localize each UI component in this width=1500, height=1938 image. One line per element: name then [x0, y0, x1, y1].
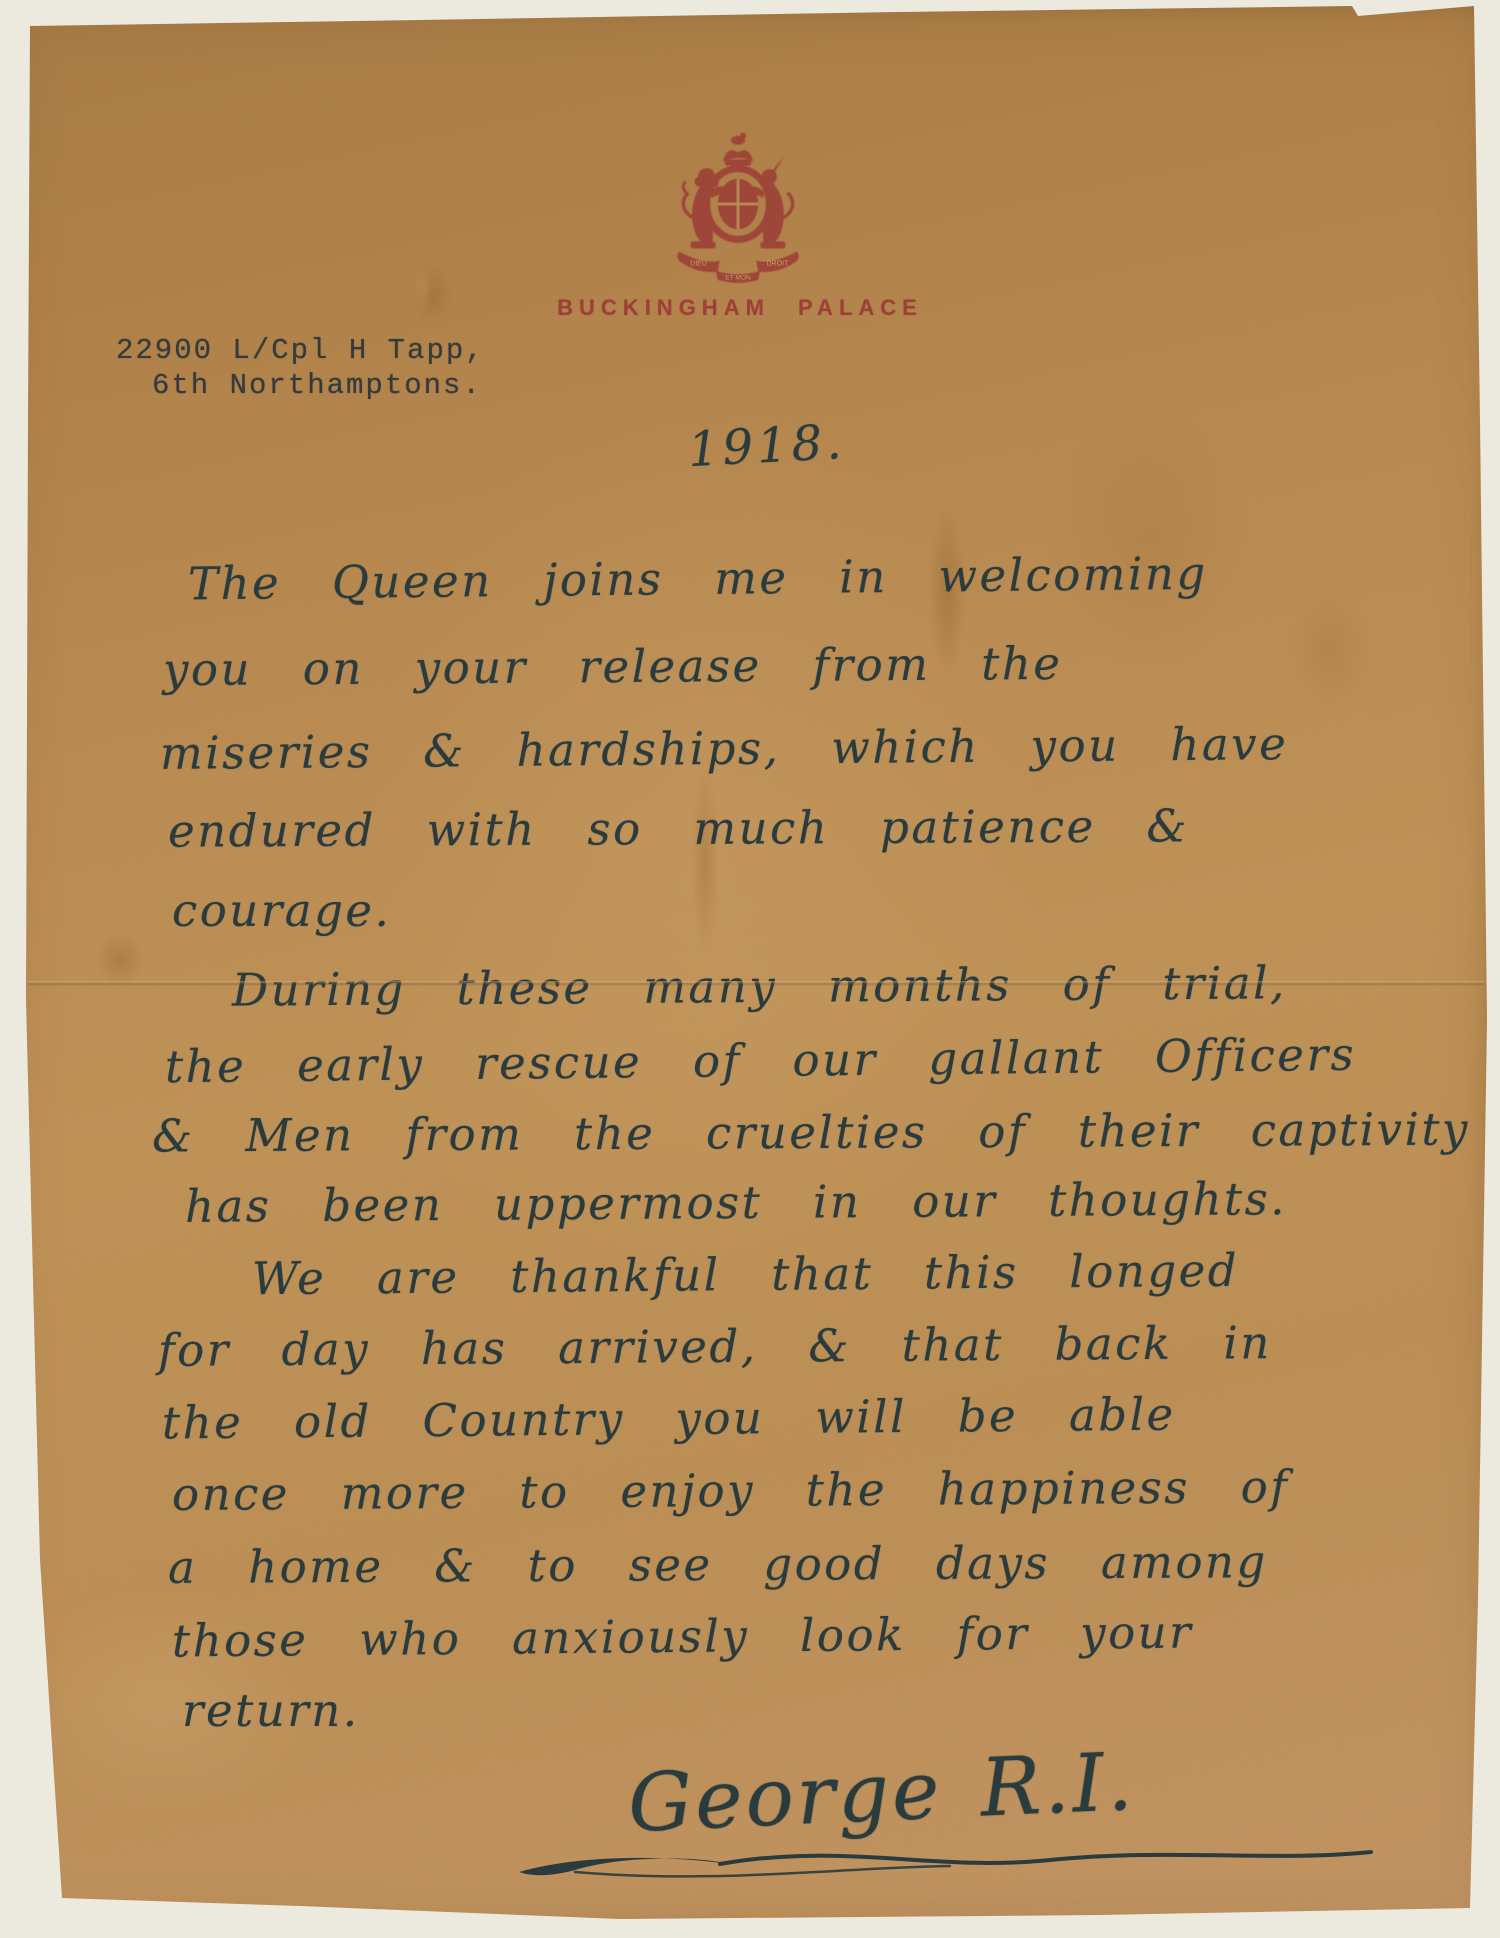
letter-line: & Men from the cruelties of their captiv… — [152, 1103, 1470, 1163]
letter-line: The Queen joins me in welcoming — [188, 547, 1208, 611]
royal-coat-of-arms-icon: DIEU DROIT ET MON — [652, 124, 824, 286]
letter-date: 1918. — [687, 414, 847, 478]
crest-motto-bottom: ET MON — [725, 274, 751, 281]
letter-line: you on your release from the — [163, 637, 1063, 696]
letter-line: courage. — [172, 884, 391, 937]
letter-paper: DIEU DROIT ET MON BUCKINGHAM PALACE 2290… — [0, 0, 1500, 1938]
letter-line: the early rescue of our gallant Officers — [165, 1028, 1357, 1093]
letter-line: has been uppermost in our thoughts. — [185, 1172, 1287, 1233]
letter-line: miseries & hardships, which you have — [160, 717, 1289, 780]
letter-line: return. — [182, 1684, 360, 1737]
letterhead-title: BUCKINGHAM PALACE — [0, 295, 1480, 321]
recipient-line: 6th Northamptons. — [152, 369, 482, 402]
letter-line: We are thankful that this longed — [252, 1244, 1240, 1306]
letter-line: the old Country you will be able — [162, 1388, 1176, 1450]
crest-motto-left: DIEU — [690, 260, 707, 268]
letter-line: During these many months of trial, — [232, 956, 1287, 1016]
crest-motto-right: DROIT — [766, 260, 789, 268]
recipient-line: 22900 L/Cpl H Tapp, — [116, 334, 485, 367]
letter-line: once more to enjoy the happiness of — [172, 1460, 1290, 1521]
letter-line: a home & to see good days among — [168, 1535, 1268, 1594]
letter-line: endured with so much patience & — [168, 799, 1189, 857]
letter-line: for day has arrived, & that back in — [158, 1316, 1272, 1377]
signature-flourish — [505, 1826, 1385, 1896]
letter-line: those who anxiously look for your — [172, 1606, 1194, 1668]
